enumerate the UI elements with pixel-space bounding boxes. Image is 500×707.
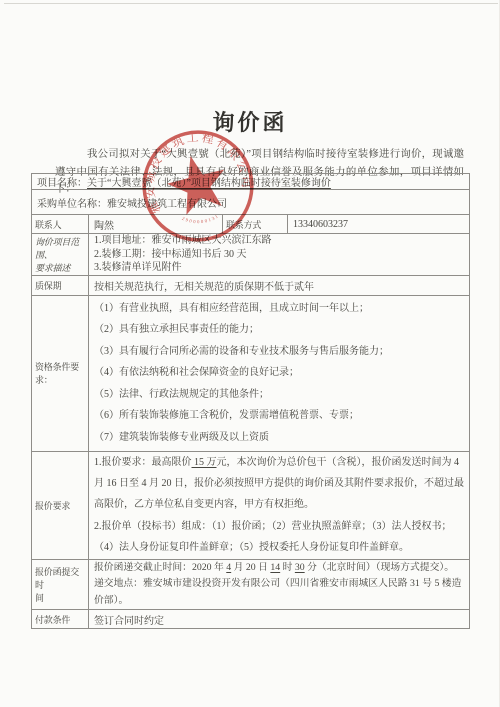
contact-label: 联系人: [32, 215, 89, 234]
table-row-quote: 报价要求 1.报价要求：最高限价 15 万元，本次询价为总价包干（含税），报价函…: [32, 451, 470, 559]
svg-text:2900000131: 2900000131: [180, 208, 222, 230]
table-row-qualification: 资格条件要求： （1）有营业执照，具有相应经营范围，且成立时间一年以上； （2）…: [32, 295, 470, 451]
qualification-item-1: （1）有营业执照，具有相应经营范围，且成立时间一年以上；: [94, 298, 464, 319]
warranty-label: 质保期: [32, 275, 89, 295]
table-row-payment: 付款条件 签订合同时约定: [32, 610, 470, 629]
qualification-content: （1）有营业执照，具有相应经营范围，且成立时间一年以上； （2）具有独立承担民事…: [89, 295, 470, 451]
payment-label: 付款条件: [32, 610, 89, 629]
scan-edge-top: [4, 3, 498, 4]
qualification-item-5: （5）法律、行政法规规定的其他条件；: [94, 384, 464, 405]
submission-location: 递交地点：雅安城市建设投资开发有限公司（四川省雅安市雨城区人民路 31 号 5 …: [94, 576, 464, 609]
phone-value: 13340603237: [288, 215, 470, 234]
scope-content: 1.项目地址：雅安市雨城区大兴滨江东路 2.装修工期：接中标通知书后 30 天 …: [89, 234, 470, 276]
scope-line-2: 2.装修工期：接中标通知书后 30 天: [94, 248, 464, 262]
stamp-serial: 2900000131: [180, 208, 222, 230]
quote-requirement-1: 1.报价要求：最高限价 15 万元，本次询价为总价包干（含税），报价函发送时间为…: [94, 452, 464, 516]
submission-content: 报价函递交截止时间：2020 年 4 月 20 日 14 时 30 分（北京时间…: [89, 559, 470, 610]
document-page: 询价函 我公司拟对关于“大興壹號（北苑）”项目钢结构临时接待室装修进行询价，现诚…: [0, 0, 500, 707]
table-row-warranty: 质保期 按相关规范执行，无相关规范的质保期不低于贰年: [32, 275, 470, 295]
payment-value: 签订合同时约定: [89, 610, 470, 629]
project-name-label: 项目名称：: [37, 178, 87, 189]
table-row-submission: 报价函提交时 间 报价函递交截止时间：2020 年 4 月 20 日 14 时 …: [32, 559, 470, 610]
max-price-value: 15 万: [192, 457, 217, 468]
qualification-label: 资格条件要求：: [32, 295, 89, 451]
stamp-star-icon: [162, 149, 233, 218]
qualification-item-4: （4）有依法纳税和社会保障资金的良好记录；: [94, 362, 464, 383]
qualification-item-6: （6）所有装饰装修施工含税价，发票需增值税普票、专票；: [94, 405, 464, 426]
qualification-item-7: （7）建筑装饰装修专业两级及以上资质: [94, 427, 464, 448]
submission-deadline: 报价函递交截止时间：2020 年 4 月 20 日 14 时 30 分（北京时间…: [94, 560, 464, 577]
document-title: 询价函: [0, 106, 500, 137]
table-row-scope: 询价项目范围、 要求描述 1.项目地址：雅安市雨城区大兴滨江东路 2.装修工期：…: [32, 234, 470, 276]
scope-line-3: 3.装修清单详见附件: [94, 261, 464, 275]
submission-label: 报价函提交时 间: [32, 559, 89, 610]
qualification-item-3: （3）具有履行合同所必需的设备和专业技术服务与售后服务能力；: [94, 341, 464, 362]
quote-requirement-2: 2.报价单（投标书）组成：（1）报价函；（2）营业执照盖鲜章；（3）法人授权书；…: [94, 516, 464, 558]
quote-content: 1.报价要求：最高限价 15 万元，本次询价为总价包干（含税），报价函发送时间为…: [89, 451, 470, 559]
warranty-value: 按相关规范执行，无相关规范的质保期不低于贰年: [89, 275, 470, 295]
purchaser-label: 采购单位名称：: [37, 199, 107, 210]
quote-label: 报价要求: [32, 451, 89, 559]
scope-label: 询价项目范围、 要求描述: [32, 234, 89, 276]
qualification-item-2: （2）具有独立承担民事责任的能力；: [94, 319, 464, 340]
inquiry-table: 项目名称：关于“大興壹號（北苑）”项目钢结构临时接待室装修询价 采购单位名称：雅…: [31, 173, 470, 629]
